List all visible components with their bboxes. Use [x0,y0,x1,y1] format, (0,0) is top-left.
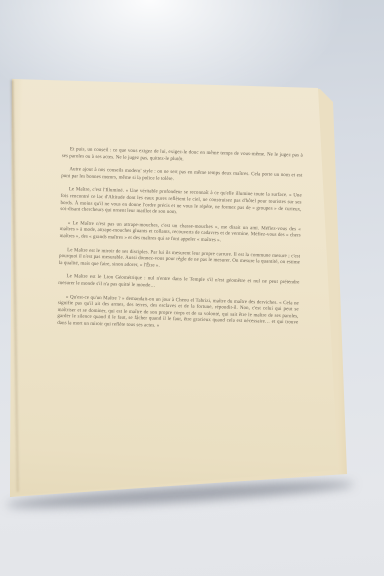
paragraph: Le Maître est le miroir de ses disciples… [59,247,300,273]
book-photo: Et puis, un conseil : ce que vous exigez… [0,0,384,576]
paragraph: Autre ajout à nos conseils modern' style… [61,167,302,187]
paragraph: « Qu'est-ce qu'un Maître ? » demandait-o… [57,294,299,333]
paragraph: « Le Maître n'est pas un attrape-mouches… [59,221,300,247]
paragraph: Le Maître, c'est l'Illuminé. « Une vérit… [60,187,302,220]
page-text-block: Et puis, un conseil : ce que vous exigez… [57,147,303,341]
paragraph: Le Maître est le Lion Géométrique : nul … [58,274,299,294]
